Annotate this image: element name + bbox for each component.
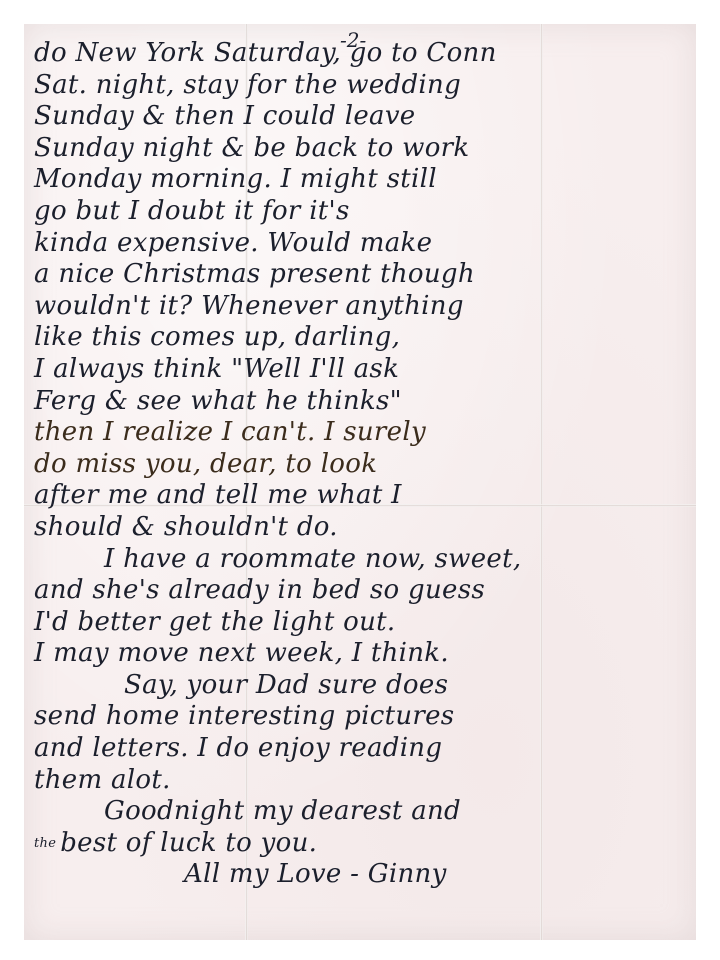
letter-line: and letters. I do enjoy reading — [34, 733, 694, 765]
letter-line-paragraph-start: I have a roommate now, sweet, — [34, 544, 694, 576]
letter-paper: -2- do New York Saturday, go to Conn Sat… — [24, 24, 696, 940]
letter-closing-signature: All my Love - Ginny — [34, 859, 694, 891]
letter-line: then I realize I can't. I surely — [34, 417, 694, 449]
letter-line: I always think "Well I'll ask — [34, 354, 694, 386]
letter-line: Sunday night & be back to work — [34, 133, 694, 165]
letter-line-with-insert: thebest of luck to you. — [34, 828, 694, 860]
letter-line: send home interesting pictures — [34, 701, 694, 733]
letter-line: should & shouldn't do. — [34, 512, 694, 544]
letter-line: I may move next week, I think. — [34, 638, 694, 670]
letter-line: them alot. — [34, 765, 694, 797]
letter-line: Sunday & then I could leave — [34, 101, 694, 133]
letter-line: I'd better get the light out. — [34, 607, 694, 639]
letter-line: Monday morning. I might still — [34, 164, 694, 196]
letter-line: after me and tell me what I — [34, 480, 694, 512]
letter-line-paragraph-start: Goodnight my dearest and — [34, 796, 694, 828]
letter-line: do New York Saturday, go to Conn — [34, 38, 694, 70]
letter-line-paragraph-start: Say, your Dad sure does — [34, 670, 694, 702]
letter-line: Sat. night, stay for the wedding — [34, 70, 694, 102]
letter-line: Ferg & see what he thinks" — [34, 386, 694, 418]
letter-line: go but I doubt it for it's — [34, 196, 694, 228]
letter-line: a nice Christmas present though — [34, 259, 694, 291]
letter-body: do New York Saturday, go to Conn Sat. ni… — [34, 38, 694, 891]
letter-line: and she's already in bed so guess — [34, 575, 694, 607]
letter-line: kinda expensive. Would make — [34, 228, 694, 260]
letter-line: like this comes up, darling, — [34, 322, 694, 354]
letter-line: wouldn't it? Whenever anything — [34, 291, 694, 323]
letter-line-text: best of luck to you. — [60, 828, 317, 858]
letter-line: do miss you, dear, to look — [34, 449, 694, 481]
margin-insert-note: the — [34, 836, 56, 851]
